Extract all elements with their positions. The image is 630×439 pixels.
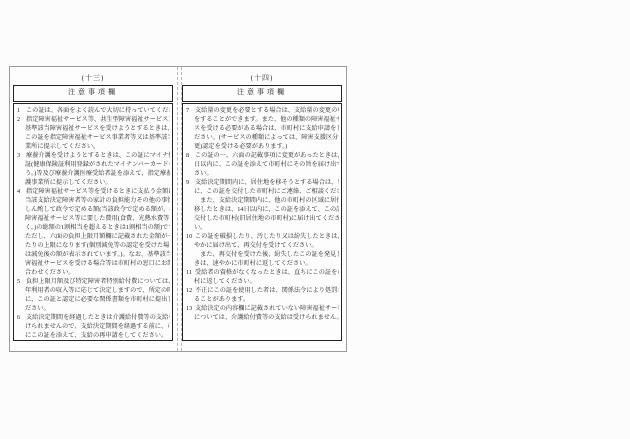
note-line: 交付した市町村(旧居住地の市町村)に届け出てくださ <box>186 214 339 223</box>
note-line: ださい。(サービスの種類によっては、障害支援区分の(変 <box>186 133 339 142</box>
section-number-label: (十三) <box>13 72 173 85</box>
note-line: 害福祉サービスを受ける場合等は市町村の窓口にお問い <box>17 259 170 268</box>
section-number-label: (十四) <box>182 72 342 85</box>
note-line: 8この証の一、六面の記載事項に変更があったときは、14 <box>186 151 339 160</box>
note-line: 更)認定を受ける必要があります。) <box>186 142 339 151</box>
note-line: また、再交付を受けた後、紛失したこの証を発見したと <box>186 250 339 259</box>
note-line: 村に返してください。 <box>186 277 339 286</box>
note-line: い。 <box>186 223 339 232</box>
note-line: 2指定障害福祉サービス等、共生型障害福祉サービス又は <box>17 115 170 124</box>
note-line: ることがあります。 <box>186 295 339 304</box>
item-number: 3 <box>17 151 26 160</box>
note-line: しん酌して政令で定める額(当該政令で定める額が、指定 <box>17 205 170 214</box>
note-line: ださい。 <box>17 304 170 313</box>
item-number: 8 <box>186 151 195 160</box>
note-line: にこの証を添えて、支給の再申請をしてください。 <box>17 331 170 340</box>
note-line: 13支給決定の内容欄に記載されていない障害福祉サービス <box>186 304 339 313</box>
note-line: 6支給決定期間を経過したときは介護給付費等の支給を受 <box>17 313 170 322</box>
item-number: 2 <box>17 115 26 124</box>
note-line: 年利用者の収入等に応じて決定しますので、所定の時期 <box>17 286 170 295</box>
note-line: ただし、六面の負担上限月額欄に記載された金額が一月当 <box>17 232 170 241</box>
item-number: 12 <box>186 286 195 295</box>
notes-header: 注意事項欄 <box>182 85 342 102</box>
note-line: は減免後の額が表示されています。)。なお、基準該当障 <box>17 250 170 259</box>
item-number: 7 <box>186 106 195 115</box>
certificate-notes-sheet: (十三) 注意事項欄 1この証は、各面をよく読んで大切に持っていてください。2指… <box>9 66 347 352</box>
note-line: 9支給決定期間内に、居住地を移そうとする場合は、事前 <box>186 178 339 187</box>
note-line: 1この証は、各面をよく読んで大切に持っていてください。 <box>17 106 170 115</box>
note-line: 12不正にこの証を使用した者は、関係法令により処罰され <box>186 286 339 295</box>
notes-header-label: 注意事項欄 <box>68 88 118 96</box>
page-background: (十三) 注意事項欄 1この証は、各面をよく読んで大切に持っていてください。2指… <box>0 0 630 439</box>
item-number: 9 <box>186 178 195 187</box>
item-number: 6 <box>17 313 26 322</box>
panel-fourteen: (十四) 注意事項欄 7支給量の変更を必要とする場合は、支給量の変更の申請をする… <box>182 72 342 341</box>
item-number: 11 <box>186 268 195 277</box>
item-number: 13 <box>186 304 195 313</box>
note-line: 障害福祉サービス等に要した費用(食費、光熱水費等を除 <box>17 214 170 223</box>
note-line: やかに届け出て、再交付を受けてください。 <box>186 241 339 250</box>
note-line: スを受ける必要がある場合は、市町村に支給申請をしてく <box>186 124 339 133</box>
note-line: 当該支給決定障害者等の家計の負担能力その他の事情を <box>17 196 170 205</box>
notes-list-thirteen: 1この証は、各面をよく読んで大切に持っていてください。2指定障害福祉サービス等、… <box>13 103 173 341</box>
note-line: く。)の総額の1割相当を超えるときは1割相当の額)です。 <box>17 223 170 232</box>
item-number: 5 <box>17 277 26 286</box>
notes-list-fourteen: 7支給量の変更を必要とする場合は、支給量の変更の申請をすることができます。また、… <box>182 103 342 341</box>
note-line: う。)等及び療養介護医療受給者証を添えて、指定療養介 <box>17 169 170 178</box>
note-line: さい。 <box>186 169 339 178</box>
note-line: 基準該当障害福祉サービスを受けようとするときは、必ず <box>17 124 170 133</box>
note-line: 証(健康保険証利用登録がされたマイナンバーカードをい <box>17 160 170 169</box>
note-line: 合わせください。 <box>17 268 170 277</box>
note-line: 業所に提示してください。 <box>17 142 170 151</box>
item-number: 10 <box>186 232 195 241</box>
item-number: 4 <box>17 187 26 196</box>
note-line: に、この証と認定に必要な関係書類を市町村に提出してく <box>17 295 170 304</box>
panel-thirteen: (十三) 注意事項欄 1この証は、各面をよく読んで大切に持っていてください。2指… <box>13 72 173 341</box>
note-line: 11受給者の資格がなくなったときは、直ちにこの証を市町 <box>186 268 339 277</box>
notes-header: 注意事項欄 <box>13 85 173 102</box>
note-line: 3療養介護を受けようとするときは、この証にマイナ保険 <box>17 151 170 160</box>
note-line: をすることができます。また、他の種類の障害福祉サービ <box>186 115 339 124</box>
note-line: この証を指定障害福祉サービス事業者等又は基準該当事 <box>17 133 170 142</box>
note-line: 日以内に、この証を添えて市町村にその旨を届け出てくだ <box>186 160 339 169</box>
note-line: きは、速やかに市町村に返してください。 <box>186 259 339 268</box>
note-line: 4指定障害福祉サービス等を受けるときに支払う金額は、 <box>17 187 170 196</box>
note-line: 移したときは、14日以内に、この証を添えて、この証を <box>186 205 339 214</box>
note-line: また、支給決定期間内に、他の市町村の区域に居住地を <box>186 196 339 205</box>
note-line: については、介護給付費等の支給は受けられません。 <box>186 313 339 322</box>
note-line: 5負担上限月額及び特定障害者特別給付費については、毎 <box>17 277 170 286</box>
notes-header-label: 注意事項欄 <box>237 88 287 96</box>
note-line: けられませんので、支給決定期間を経過する前に、市町村 <box>17 322 170 331</box>
note-line: 10この証を破損したり、汚したり又は紛失したときは、速 <box>186 232 339 241</box>
note-line: たりの上限になります(個別減免等の認定を受けた場合に <box>17 241 170 250</box>
note-line: 護事業所に提示してください。 <box>17 178 170 187</box>
note-line: に、この証を交付した市町村にご連絡、ご相談ください。 <box>186 187 339 196</box>
note-line: 7支給量の変更を必要とする場合は、支給量の変更の申請 <box>186 106 339 115</box>
item-number: 1 <box>17 106 26 115</box>
